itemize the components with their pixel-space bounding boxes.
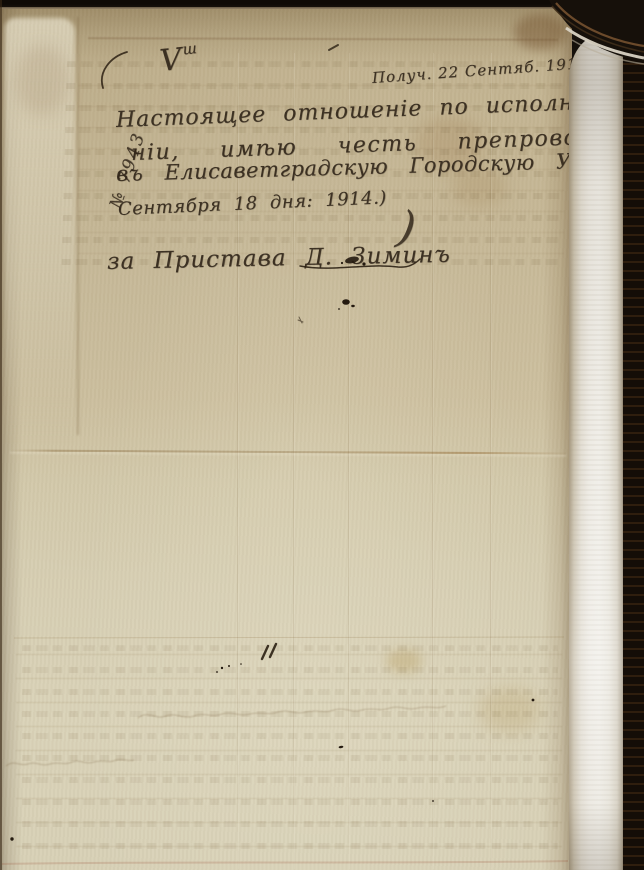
top-right-page-curl: [0, 0, 644, 870]
scanned-document-photo: Vш Получ. 22 Сентяб. 1914. Настоящее отн…: [0, 0, 644, 870]
